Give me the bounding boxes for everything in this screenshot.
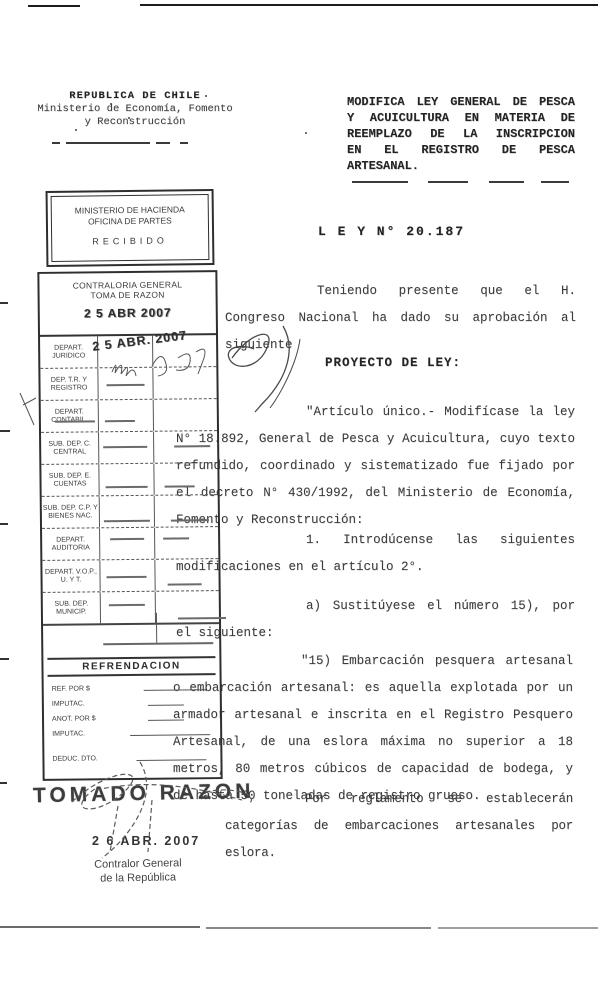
hacienda-received-stamp: MINISTERIO DE HACIENDA OFICINA DE PARTES… — [46, 189, 215, 267]
department-cell — [153, 367, 216, 399]
department-cell — [100, 560, 155, 592]
refrendacion-row: IMPUTAC. — [52, 725, 212, 742]
letterhead-country: REPUBLICA DE CHILE — [30, 90, 240, 103]
letterhead-rule — [156, 142, 170, 144]
law-number-heading: L E Y N° 20.187 — [318, 224, 465, 239]
tomado-razon-date: 2 6 ABR. 2007 — [92, 834, 200, 848]
department-row: DEPART. V.O.P., U. Y T. — [42, 559, 218, 593]
hacienda-stamp-inner: MINISTERIO DE HACIENDA OFICINA DE PARTES… — [51, 194, 210, 262]
paragraph-modificaciones: 1. Introdúcense las siguientes modificac… — [176, 527, 575, 581]
department-row: DEPART. AUDITORIA — [42, 527, 218, 561]
subject-line: Y ACUICULTURA EN MATERIA DE — [347, 110, 575, 126]
letterhead-rule — [180, 142, 188, 144]
refrendacion-label: REF. POR $ — [52, 685, 90, 692]
department-label: SUB. DEP. E. CUENTAS — [41, 464, 99, 496]
department-cell — [100, 528, 155, 560]
subject-line: ARTESANAL. — [347, 158, 575, 174]
subject-underline — [541, 181, 569, 183]
refrendacion-label: IMPUTAC. — [52, 700, 85, 707]
department-cell — [99, 464, 154, 496]
subject-underline — [428, 181, 468, 183]
letterhead: REPUBLICA DE CHILE Ministerio de Economí… — [30, 90, 240, 129]
department-row: SUB. DEP. C.P. Y BIENES NAC. — [42, 495, 218, 529]
department-label: DEPART. AUDITORIA — [42, 528, 100, 560]
scan-speck — [305, 132, 307, 134]
department-cell — [154, 399, 217, 431]
hacienda-stamp-received: RECIBIDO — [52, 235, 208, 248]
contralor-general-caption: Contralor General de la República — [78, 856, 198, 886]
contraloria-title-line2: TOMA DE RAZON — [40, 289, 216, 301]
department-cell — [154, 463, 217, 495]
margin-tick — [0, 430, 10, 432]
subject-line: MODIFICA LEY GENERAL DE PESCA — [347, 94, 575, 110]
subject-block: MODIFICA LEY GENERAL DE PESCA Y ACUICULT… — [347, 94, 575, 174]
scan-bottom-line — [438, 927, 598, 929]
refrendacion-label: DEDUC. DTO. — [52, 755, 97, 762]
margin-tick — [0, 302, 8, 304]
contralor-caption-line2: de la República — [78, 870, 198, 886]
scan-speck — [75, 129, 77, 131]
contraloria-department-table: DEPART. JURIDICO DEP. T.R. Y REGISTRO DE… — [40, 333, 219, 626]
contraloria-stamp-title: CONTRALORIA GENERAL TOMA DE RAZON — [39, 272, 215, 301]
letterhead-rule — [52, 142, 60, 144]
department-cell — [99, 432, 154, 464]
department-cell — [155, 527, 218, 559]
scanned-law-document: REPUBLICA DE CHILE Ministerio de Economí… — [0, 0, 600, 988]
department-label: DEPART. V.O.P., U. Y T. — [42, 560, 100, 592]
stamp-gap-marks — [43, 612, 219, 656]
department-label: SUB. DEP. C.P. Y BIENES NAC. — [42, 496, 100, 528]
department-label: DEPART. JURIDICO — [40, 336, 98, 368]
department-label: SUB. DEP. C. CENTRAL — [41, 432, 99, 464]
subject-underline — [352, 181, 408, 183]
refrendacion-row: REF. POR $ — [52, 680, 212, 697]
scan-bottom-line — [0, 926, 200, 928]
scan-edge-line — [28, 5, 80, 7]
department-cell — [98, 368, 153, 400]
letterhead-ministry2: y Reconstrucción — [30, 116, 240, 129]
refrendacion-label: ANOT. POR $ — [52, 715, 96, 722]
department-cell — [154, 431, 217, 463]
department-cell — [155, 495, 218, 527]
refrendacion-row: IMPUTAC. — [52, 695, 212, 712]
subject-line: EN EL REGISTRO DE PESCA — [347, 142, 575, 158]
margin-tick — [0, 523, 8, 525]
department-row: SUB. DEP. C. CENTRAL — [41, 431, 217, 465]
project-of-law-heading: PROYECTO DE LEY: — [325, 356, 461, 370]
refrendacion-row: DEDUC. DTO. — [52, 750, 212, 767]
department-row: DEPART. CONTABIL. — [41, 399, 217, 433]
scan-bottom-line — [206, 927, 431, 929]
department-cell — [155, 559, 218, 591]
letterhead-rule — [66, 142, 150, 144]
preamble-paragraph: Teniendo presente que el H. Congreso Nac… — [225, 278, 576, 359]
department-row: DEP. T.R. Y REGISTRO — [40, 367, 216, 401]
paragraph-sustituyese: a) Sustitúyese el número 15), por el sig… — [176, 593, 575, 647]
letterhead-ministry: Ministerio de Economía, Fomento — [30, 103, 240, 116]
paragraph-articulo-unico: "Artículo único.- Modifícase la ley N° 1… — [176, 399, 575, 534]
refrendacion-label: IMPUTAC. — [52, 730, 85, 737]
department-row: SUB. DEP. E. CUENTAS — [41, 463, 217, 497]
department-cell — [99, 400, 154, 432]
contraloria-date-stamp: 2 5 ABR 2007 — [40, 305, 216, 321]
refrendacion-title: REFRENDACION — [47, 656, 215, 677]
department-label: DEPART. CONTABIL. — [41, 400, 99, 432]
subject-line: REEMPLAZO DE LA INSCRIPCION — [347, 126, 575, 142]
tomado-razon-stamp: TOMADO RAZON — [33, 780, 255, 809]
contralor-caption-line1: Contralor General — [78, 856, 198, 872]
scan-edge-line — [140, 4, 598, 6]
refrendacion-row: ANOT. POR $ — [52, 710, 212, 727]
margin-scribble — [20, 393, 36, 425]
margin-tick — [0, 658, 9, 660]
paragraph-reglamento: Por reglamento se establecerán categoría… — [225, 786, 573, 867]
department-label: DEP. T.R. Y REGISTRO — [40, 368, 98, 400]
refrendacion-rows: REF. POR $ IMPUTAC. ANOT. POR $ IMPUTAC.… — [52, 680, 213, 767]
margin-tick — [0, 782, 7, 784]
department-cell — [100, 496, 155, 528]
subject-underline — [489, 181, 524, 183]
hacienda-stamp-line2: OFICINA DE PARTES — [52, 215, 208, 228]
